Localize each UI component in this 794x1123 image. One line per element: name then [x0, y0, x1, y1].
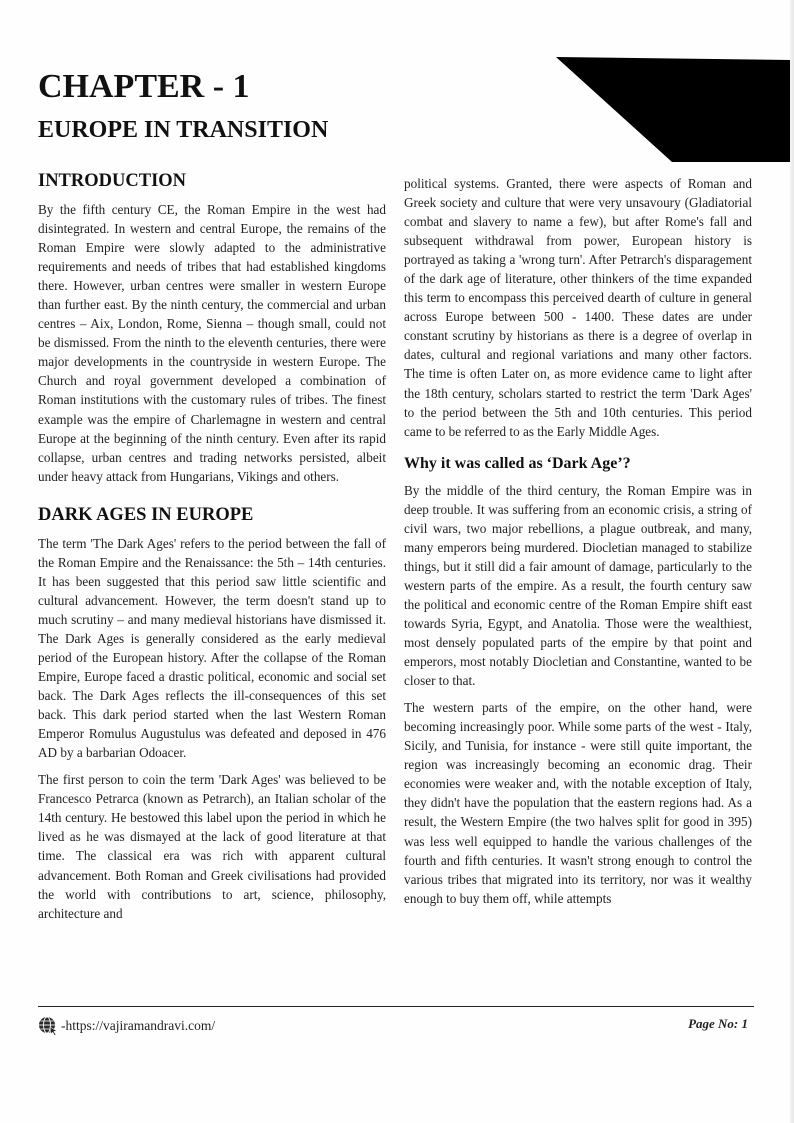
why-dark-age-heading: Why it was called as ‘Dark Age’? — [404, 453, 752, 475]
document-page: CHAPTER - 1 EUROPE IN TRANSITION INTRODU… — [0, 0, 794, 1123]
scan-edge — [790, 0, 794, 1123]
continuation-paragraph: political systems. Granted, there were a… — [404, 174, 752, 441]
page-number: Page No: 1 — [688, 1016, 748, 1032]
dark-ages-paragraph-2: The first person to coin the term 'Dark … — [38, 770, 386, 922]
footer-website: - https://vajiramandravi.com/ — [38, 1016, 215, 1036]
footer-divider — [38, 1006, 754, 1007]
website-link[interactable]: https://vajiramandravi.com/ — [66, 1018, 216, 1034]
dark-ages-heading: DARK AGES IN EUROPE — [38, 504, 386, 526]
chapter-title: EUROPE IN TRANSITION — [38, 117, 328, 144]
right-column: political systems. Granted, there were a… — [404, 174, 752, 916]
decorative-corner-shape — [556, 57, 792, 163]
why-dark-age-paragraph-1: By the middle of the third century, the … — [404, 481, 752, 691]
left-column: INTRODUCTION By the fifth century CE, th… — [38, 170, 386, 931]
why-dark-age-paragraph-2: The western parts of the empire, on the … — [404, 698, 752, 908]
introduction-heading: INTRODUCTION — [38, 170, 386, 192]
dark-ages-paragraph-1: The term 'The Dark Ages' refers to the p… — [38, 534, 386, 763]
globe-icon — [38, 1016, 58, 1036]
introduction-paragraph: By the fifth century CE, the Roman Empir… — [38, 200, 386, 486]
chapter-number: CHAPTER - 1 — [38, 68, 250, 106]
